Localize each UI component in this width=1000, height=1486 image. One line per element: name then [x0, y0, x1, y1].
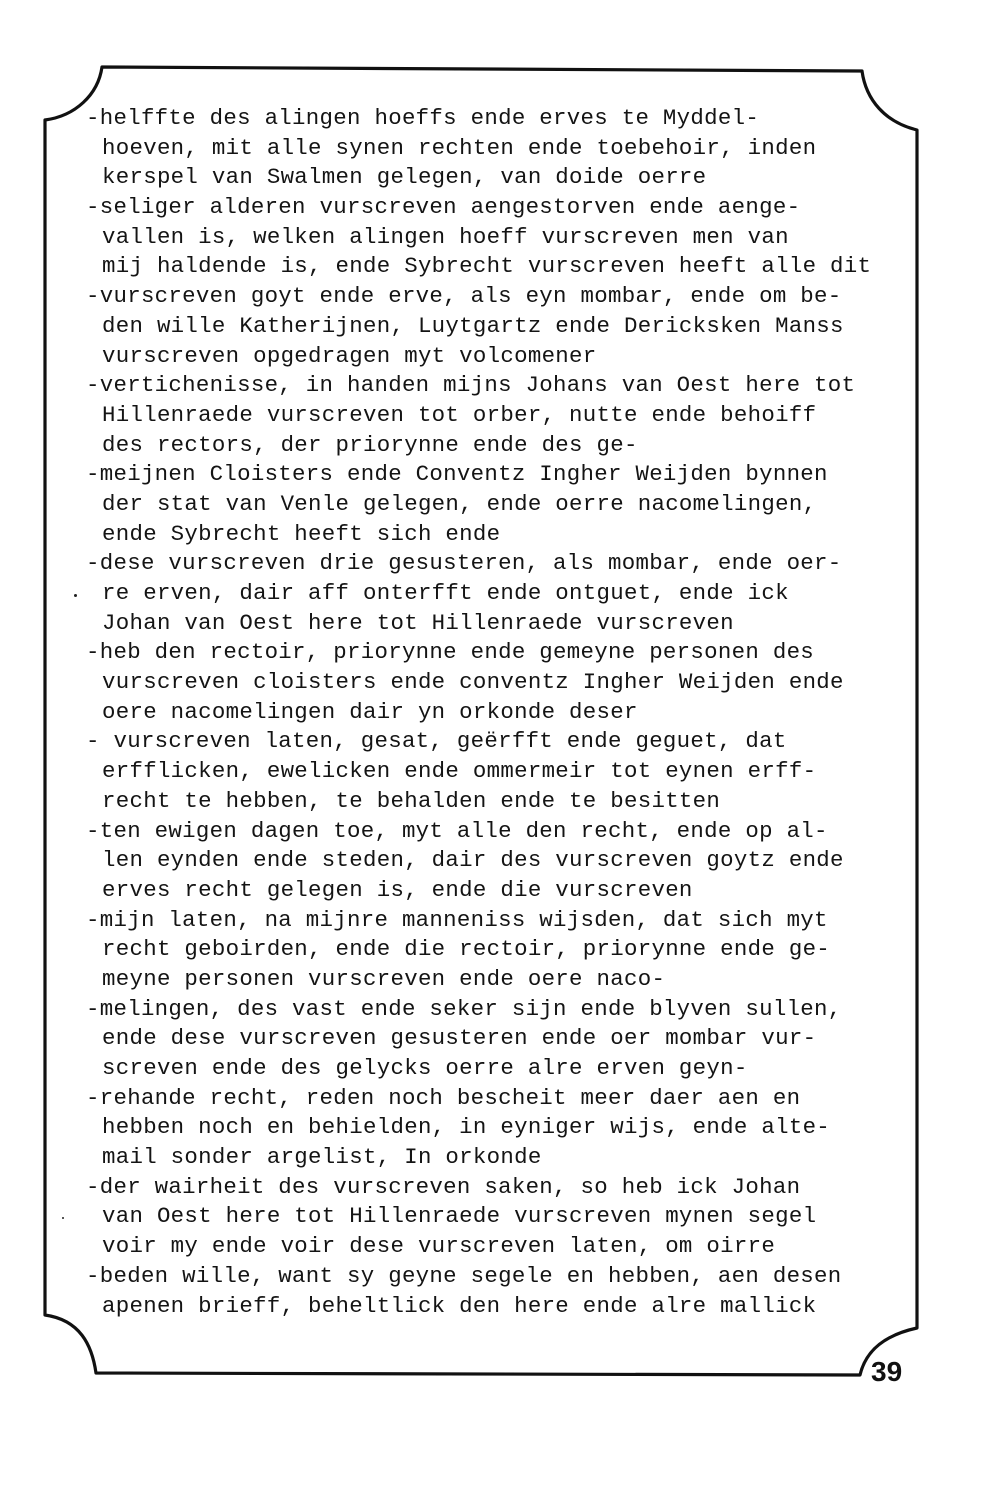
text-line: len eynden ende steden, dair des vurscre…	[86, 846, 916, 876]
text-line: vurscreven opgedragen myt volcomener	[86, 342, 916, 372]
text-line: erfflicken, ewelicken ende ommermeir tot…	[86, 757, 916, 787]
text-line: hebben noch en behielden, in eyniger wij…	[86, 1113, 916, 1143]
text-line: van Oest here tot Hillenraede vurscreven…	[86, 1202, 916, 1232]
text-line: mij haldende is, ende Sybrecht vurscreve…	[86, 252, 916, 282]
text-line: hoeven, mit alle synen rechten ende toeb…	[86, 134, 916, 164]
text-line: -heb den rectoir, priorynne ende gemeyne…	[86, 638, 916, 668]
text-line: screven ende des gelycks oerre alre erve…	[86, 1054, 916, 1084]
text-line: - vurscreven laten, gesat, geërfft ende …	[86, 727, 916, 757]
text-line: mail sonder argelist, In orkonde	[86, 1143, 916, 1173]
text-line: recht geboirden, ende die rectoir, prior…	[86, 935, 916, 965]
print-speck	[62, 1217, 64, 1219]
text-line: voir my ende voir dese vurscreven laten,…	[86, 1232, 916, 1262]
text-line: Hillenraede vurscreven tot orber, nutte …	[86, 401, 916, 431]
text-line: kerspel van Swalmen gelegen, van doide o…	[86, 163, 916, 193]
text-line: apenen brieff, beheltlick den here ende …	[86, 1292, 916, 1322]
text-line: vallen is, welken alingen hoeff vurscrev…	[86, 223, 916, 253]
text-line: -melingen, des vast ende seker sijn ende…	[86, 995, 916, 1025]
text-line: vurscreven cloisters ende conventz Inghe…	[86, 668, 916, 698]
text-line: recht te hebben, te behalden ende te bes…	[86, 787, 916, 817]
page-number: 39	[871, 1356, 902, 1388]
text-line: -mijn laten, na mijnre manneniss wijsden…	[86, 906, 916, 936]
text-line: -vertichenisse, in handen mijns Johans v…	[86, 371, 916, 401]
text-line: re erven, dair aff onterfft ende ontguet…	[86, 579, 916, 609]
text-line: des rectors, der priorynne ende des ge-	[86, 431, 916, 461]
text-line: -vurscreven goyt ende erve, als eyn momb…	[86, 282, 916, 312]
text-line: ende Sybrecht heeft sich ende	[86, 520, 916, 550]
text-line: -dese vurscreven drie gesusteren, als mo…	[86, 549, 916, 579]
text-line: -ten ewigen dagen toe, myt alle den rech…	[86, 817, 916, 847]
text-line: -helffte des alingen hoeffs ende erves t…	[86, 104, 916, 134]
text-line: ende dese vurscreven gesusteren ende oer…	[86, 1024, 916, 1054]
text-line: meyne personen vurscreven ende oere naco…	[86, 965, 916, 995]
text-line: oere nacomelingen dair yn orkonde deser	[86, 698, 916, 728]
text-line: -beden wille, want sy geyne segele en he…	[86, 1262, 916, 1292]
text-line: -der wairheit des vurscreven saken, so h…	[86, 1173, 916, 1203]
text-line: der stat van Venle gelegen, ende oerre n…	[86, 490, 916, 520]
text-line: Johan van Oest here tot Hillenraede vurs…	[86, 609, 916, 639]
text-line: erves recht gelegen is, ende die vurscre…	[86, 876, 916, 906]
text-line: -meijnen Cloisters ende Conventz Ingher …	[86, 460, 916, 490]
document-body-text: -helffte des alingen hoeffs ende erves t…	[86, 104, 916, 1321]
text-line: -seliger alderen vurscreven aengestorven…	[86, 193, 916, 223]
print-speck	[74, 594, 77, 597]
text-line: den wille Katherijnen, Luytgartz ende De…	[86, 312, 916, 342]
text-line: -rehande recht, reden noch bescheit meer…	[86, 1084, 916, 1114]
